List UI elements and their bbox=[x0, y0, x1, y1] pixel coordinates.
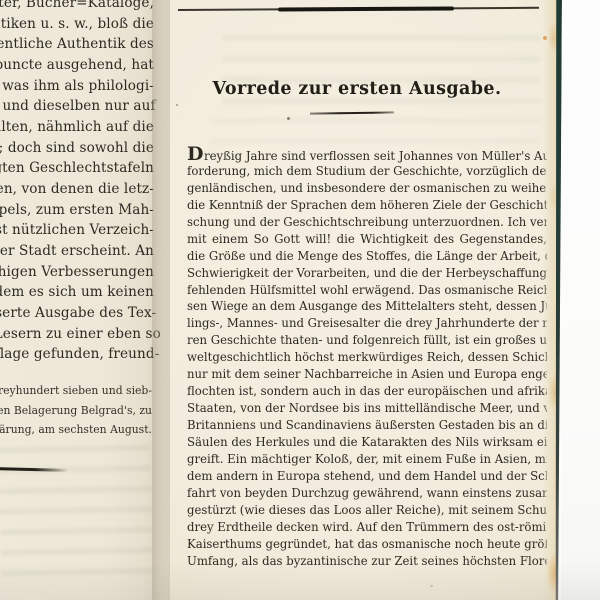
body-line: fahrt von beyden Durchzug gewährend, wan… bbox=[187, 485, 547, 502]
ink-speck bbox=[287, 117, 290, 120]
text-line: schieden und dieselben nur auf bbox=[0, 96, 154, 117]
footnote-line: d. i. am dreyhundert sieben und sieb- bbox=[0, 381, 152, 401]
text-line: den nöthigen Verbesserungen bbox=[0, 262, 154, 283]
body-line: Kaiserthums gegründet, hat das osmanisch… bbox=[187, 536, 547, 553]
left-page: ämter, Bücher=Kataloge, utokritiken u. s… bbox=[0, 0, 170, 600]
body-line: forderung, mich dem Studium der Geschich… bbox=[187, 163, 547, 180]
body-line: genländischen, und insbesondere der osma… bbox=[187, 180, 547, 197]
body-line: sen Wiege an dem Ausgange des Mittelalte… bbox=[187, 298, 547, 315]
left-page-footnote: d. i. am dreyhundert sieben und sieb- rk… bbox=[0, 381, 152, 440]
body-line: weltgeschichtlich höchst merkwürdiges Re… bbox=[187, 349, 547, 366]
body-line: greift. Ein mächtiger Koloß, der, mit ei… bbox=[187, 451, 547, 468]
text-line: beygefügten Geschlechtstafeln bbox=[0, 158, 154, 179]
header-rule-thick bbox=[278, 7, 454, 12]
body-line: fehlenden Hülfsmittel wohl erwägend. Das… bbox=[187, 282, 547, 299]
photo-backdrop bbox=[561, 0, 600, 600]
foxing-spot bbox=[430, 585, 433, 587]
text-line: schränkt; doch sind sowohl die bbox=[0, 138, 154, 159]
body-line: dem andern in Europa stehend, und dem Ha… bbox=[187, 468, 547, 485]
body-line: gestürzt (wie dieses das Loos aller Reic… bbox=[187, 502, 547, 519]
body-line: drey Erdtheile decken wird. Auf den Trüm… bbox=[187, 519, 547, 536]
body-line: lings-, Mannes- und Greisesalter die dre… bbox=[187, 315, 547, 332]
text-line: mit den Lesern zu einer eben so bbox=[0, 324, 154, 345]
text-line: seyn sollten, nähmlich auf die bbox=[0, 117, 154, 138]
text-line: worden, von denen die letz- bbox=[0, 179, 154, 200]
text-line: tantinopels, zum ersten Mah- bbox=[0, 200, 154, 221]
text-line: e verbesserte Ausgabe des Tex- bbox=[0, 303, 154, 324]
body-line: Britanniens und Scandinaviens äußersten … bbox=[187, 417, 547, 434]
text-line: ämter, Bücher=Kataloge, bbox=[0, 0, 154, 14]
body-line: die Größe und die Menge des Stoffes, die… bbox=[187, 248, 547, 265]
text-line: e höchst nützlichen Verzeich- bbox=[0, 220, 154, 241]
text-line: irzet, indem es sich um keinen bbox=[0, 282, 154, 303]
text-line: e die eigentliche Authentik des bbox=[0, 34, 154, 55]
body-line: nur mit dem seiner Nachbarreiche in Asie… bbox=[187, 366, 547, 383]
page-fore-edge bbox=[542, 0, 558, 600]
text-line: esichtspuncte ausgehend, hat bbox=[0, 55, 154, 76]
footnote-line: rkischen Belagerung Belgrad's, zu bbox=[0, 401, 152, 421]
preface-body: Dreyßig Jahre sind verflossen seit Johan… bbox=[187, 146, 547, 569]
body-line: Umfang, als das byzantinische zur Zeit s… bbox=[187, 553, 547, 570]
ink-showthrough bbox=[210, 118, 540, 144]
title-underline-rule bbox=[310, 111, 394, 114]
right-page: Vorrede zur ersten Ausgabe. Dreyßig Jahr… bbox=[170, 0, 558, 600]
foxing-spot bbox=[543, 36, 547, 40]
ink-speck bbox=[176, 104, 178, 106]
body-line: schung und der Geschichtschreibung unter… bbox=[187, 214, 547, 231]
ink-showthrough bbox=[0, 437, 153, 582]
body-line: ren Geschichte thaten- und folgenreich f… bbox=[187, 332, 547, 349]
body-line: die Kenntniß der Sprachen dem höheren Zi… bbox=[187, 197, 547, 214]
body-line: Schwierigkeit der Vorarbeiten, und die d… bbox=[187, 265, 547, 282]
book-photo: ämter, Bücher=Kataloge, utokritiken u. s… bbox=[0, 0, 600, 600]
body-line: mit einem So Gott will! die Wichtigkeit … bbox=[187, 231, 547, 248]
body-line: flochten ist, sondern auch in das der eu… bbox=[187, 383, 547, 400]
text-line: erste Auflage gefunden, freund- bbox=[0, 344, 154, 365]
body-line: Dreyßig Jahre sind verflossen seit Johan… bbox=[187, 146, 547, 163]
text-line: Alles, was ihm als philologi- bbox=[0, 76, 154, 97]
page-title: Vorrede zur ersten Ausgabe. bbox=[170, 79, 544, 99]
body-line: Säulen des Herkules und die Katarakten d… bbox=[187, 434, 547, 451]
body-line: Staaten, von der Nordsee bis ins mittell… bbox=[187, 400, 547, 417]
left-page-text: ämter, Bücher=Kataloge, utokritiken u. s… bbox=[0, 0, 154, 365]
text-line: sen der Stadt erscheint. An bbox=[0, 241, 154, 262]
text-line: utokritiken u. s. w., bloß die bbox=[0, 14, 154, 35]
